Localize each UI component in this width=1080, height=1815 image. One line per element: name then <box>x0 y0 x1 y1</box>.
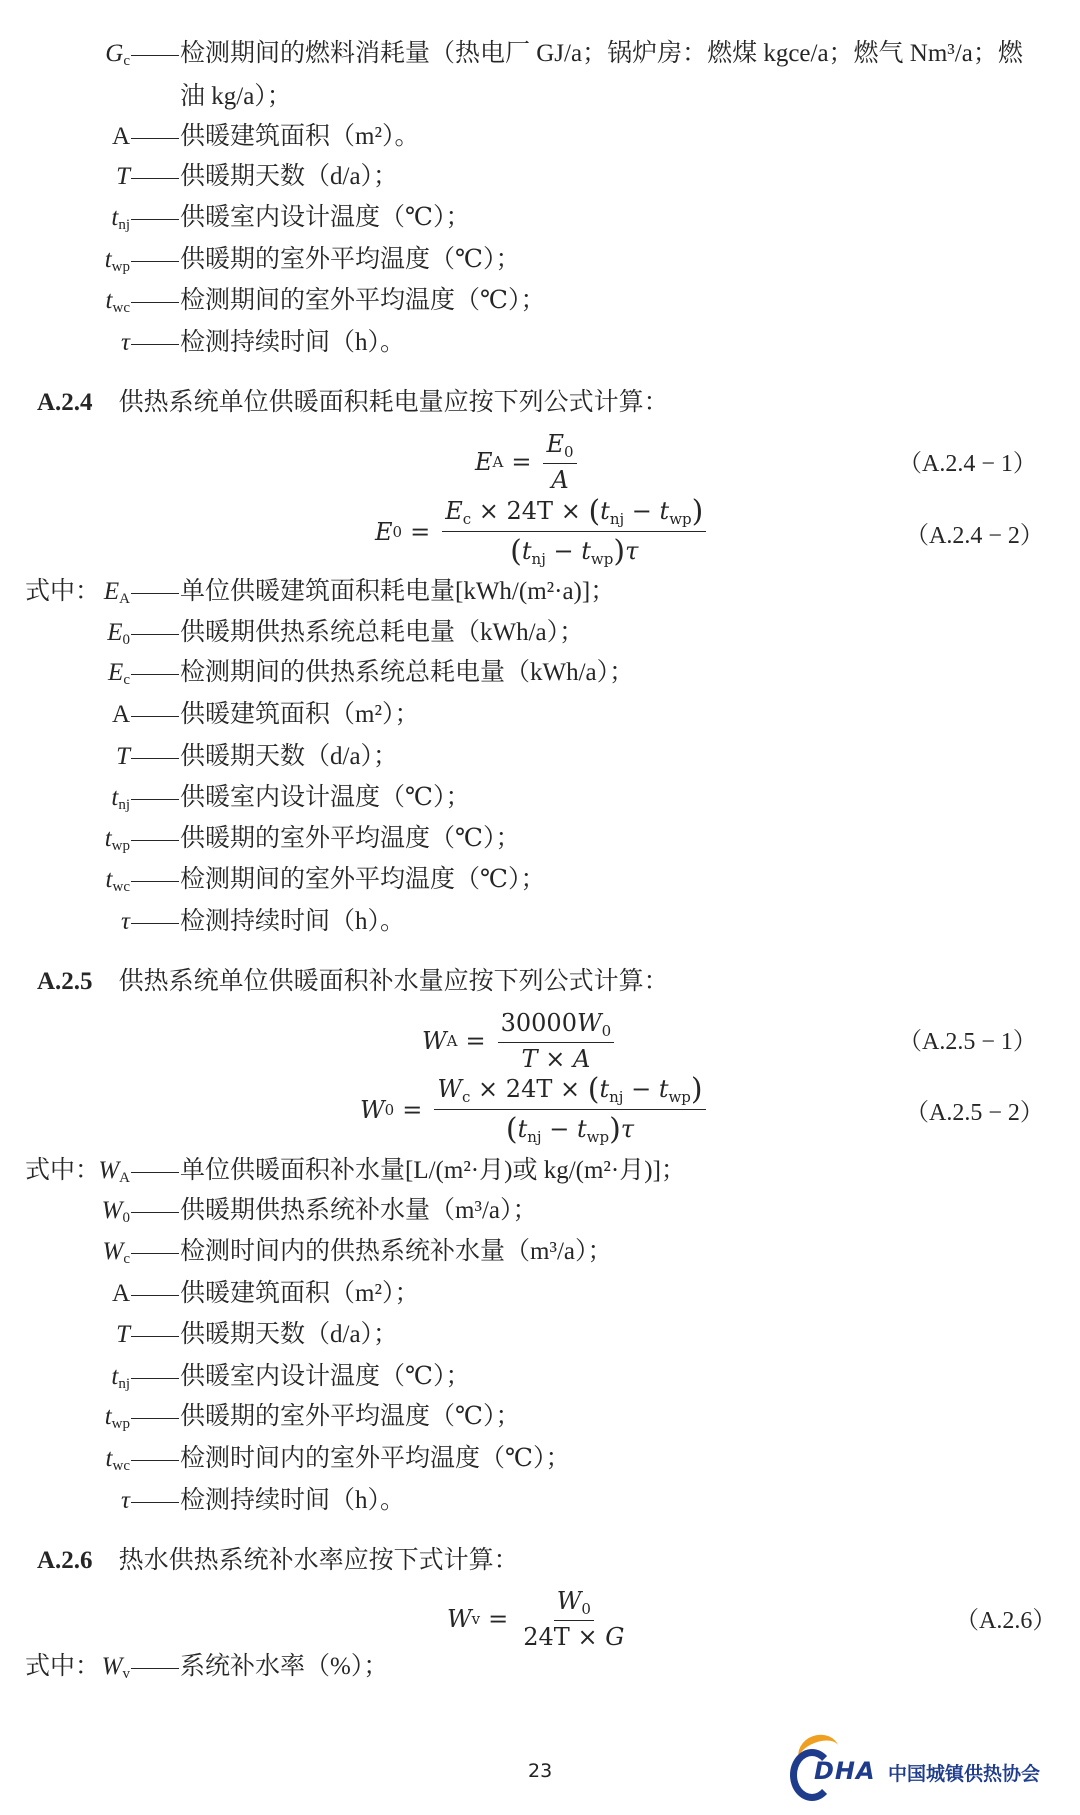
em-dash <box>131 1418 179 1419</box>
eq-symbol: E <box>546 430 564 458</box>
definition-text: 供暖期的室外平均温度（℃）； <box>180 821 520 857</box>
definition-text: 供暖期天数（d/a）； <box>180 1317 398 1353</box>
em-dash <box>131 1253 179 1254</box>
eq-term: 24T <box>506 1075 553 1103</box>
eq-subscript: nj <box>527 1128 541 1146</box>
where-prefix: 式中： <box>25 574 100 610</box>
definition-text: 检测期间的供热系统总耗电量（kWh/a）； <box>180 655 634 691</box>
eq-operator: × <box>577 1623 597 1651</box>
eq-symbol: t <box>522 537 532 565</box>
definition-twc: twc 检测期间的室外平均温度（℃）； <box>0 283 1080 319</box>
definition-row: tnj 供暖室内设计温度（℃）； <box>0 780 1080 816</box>
eq-symbol: A <box>573 1045 590 1073</box>
definition-text: 单位供暖建筑面积耗电量[kWh/(m²·a)]； <box>180 574 615 610</box>
definition-twp: twp 供暖期的室外平均温度（℃）； <box>0 242 1080 278</box>
logo-mark: DHA <box>814 1757 876 1785</box>
equation-label: （A.2.4 − 2） <box>905 515 1044 550</box>
definition-row: Ec 检测期间的供热系统总耗电量（kWh/a）； <box>0 655 1080 691</box>
eq-operator: × <box>561 497 581 525</box>
definition-text: 供暖期天数（d/a）； <box>180 159 398 195</box>
definition-row: tnj 供暖室内设计温度（℃）； <box>0 1359 1080 1395</box>
eq-operator: × <box>545 1045 565 1073</box>
symbol-subscript: wp <box>112 838 130 854</box>
definition-text-continued: 油 kg/a）； <box>180 79 292 115</box>
section-title: 供热系统单位供暖面积补水量应按下列公式计算： <box>119 968 669 995</box>
eq-symbol: W <box>577 1009 602 1037</box>
definition-gc-continued: 油 kg/a）； <box>0 79 1080 115</box>
equation-label: （A.2.5 − 1） <box>898 1021 1037 1056</box>
page-number: 23 <box>528 1760 552 1782</box>
em-dash <box>131 1502 179 1503</box>
symbol-subscript: nj <box>118 797 130 813</box>
symbol: t <box>105 246 112 273</box>
eq-symbol: W <box>557 1587 582 1615</box>
em-dash <box>131 344 179 345</box>
definition-text: 供暖建筑面积（m²）； <box>180 697 419 733</box>
eq-symbol: T <box>522 1045 538 1073</box>
fraction: 30000W0 T × A <box>498 1009 615 1073</box>
symbol: τ <box>121 329 130 356</box>
symbol-subscript: A <box>119 1170 130 1186</box>
symbol-subscript: c <box>123 53 130 69</box>
em-dash <box>131 881 179 882</box>
em-dash <box>131 593 179 594</box>
definition-text: 检测时间内的供热系统补水量（m³/a）； <box>180 1234 612 1270</box>
eq-subscript: c <box>463 510 471 528</box>
symbol-subscript: wc <box>113 1458 131 1474</box>
eq-operator: × <box>560 1075 580 1103</box>
fraction: Ec × 24T × (tnj − twp) (tnj − twp)τ <box>442 494 706 569</box>
eq-paren: ) <box>613 534 625 569</box>
definition-text: 检测持续时间（h）。 <box>180 1483 405 1519</box>
eq-symbol: τ <box>625 537 638 565</box>
em-dash <box>131 55 179 56</box>
symbol: T <box>116 743 130 770</box>
symbol: τ <box>121 1487 130 1514</box>
em-dash <box>131 634 179 635</box>
eq-symbol: E <box>375 518 393 546</box>
symbol: t <box>105 1403 112 1430</box>
eq-subscript: wp <box>587 1128 609 1146</box>
definition-text: 供暖建筑面积（m²）。 <box>180 119 419 155</box>
definition-row: Wc 检测时间内的供热系统补水量（m³/a）； <box>0 1234 1080 1270</box>
eq-operator: − <box>554 537 574 565</box>
symbol-subscript: c <box>123 1251 130 1267</box>
eq-term: 24T <box>523 1623 570 1651</box>
symbol: W <box>98 1157 119 1184</box>
symbol: W <box>102 1653 123 1680</box>
eq-subscript: 0 <box>581 1600 591 1618</box>
eq-paren: ( <box>506 1112 518 1147</box>
eq-subscript: 0 <box>602 1022 612 1040</box>
definition-row: twp 供暖期的室外平均温度（℃）； <box>0 1399 1080 1435</box>
eq-paren: ) <box>691 1072 703 1107</box>
eq-equals: = <box>402 1096 422 1124</box>
eq-symbol: E <box>475 448 493 476</box>
equation-a-2-5-1: WA = 30000W0 T × A <box>422 1009 618 1073</box>
eq-equals: = <box>511 448 531 476</box>
fraction: Wc × 24T × (tnj − twp) (tnj − twp)τ <box>434 1072 705 1147</box>
section-title: 热水供热系统补水率应按下式计算： <box>119 1547 519 1574</box>
eq-paren: ( <box>588 494 600 529</box>
symbol: E <box>104 578 119 605</box>
section-number: A.2.4 <box>37 389 93 416</box>
definition-text: 检测期间的室外平均温度（℃）； <box>180 862 545 898</box>
definition-text: 单位供暖面积补水量[L/(m²·月)或 kg/(m²·月)]； <box>180 1153 686 1189</box>
definition-row: twc 检测期间的室外平均温度（℃）； <box>0 862 1080 898</box>
em-dash <box>131 1460 179 1461</box>
definition-text: 检测期间的燃料消耗量（热电厂 GJ/a；锅炉房：燃煤 kgce/a；燃气 Nm³… <box>180 36 1023 72</box>
symbol-subscript: A <box>119 591 130 607</box>
definition-text: 检测时间内的室外平均温度（℃）； <box>180 1441 570 1477</box>
em-dash <box>131 716 179 717</box>
definition-row: A 供暖建筑面积（m²）； <box>0 697 1080 733</box>
symbol-subscript: v <box>123 1666 131 1682</box>
equation-a-2-4-2: E0 = Ec × 24T × (tnj − twp) (tnj − twp)τ <box>375 494 710 569</box>
eq-operator: × <box>478 1075 498 1103</box>
fraction: E0 A <box>543 430 576 494</box>
eq-symbol: t <box>660 497 670 525</box>
equation-a-2-5-2: W0 = Wc × 24T × (tnj − twp) (tnj − twp)τ <box>360 1072 710 1147</box>
eq-operator: × <box>479 497 499 525</box>
eq-symbol: t <box>600 497 610 525</box>
definition-text: 供暖期的室外平均温度（℃）； <box>180 242 520 278</box>
eq-paren: ) <box>692 494 704 529</box>
symbol: A <box>112 1280 130 1307</box>
eq-symbol: t <box>518 1115 528 1143</box>
em-dash <box>131 261 179 262</box>
section-heading-a-2-5: A.2.5供热系统单位供暖面积补水量应按下列公式计算： <box>37 964 669 1000</box>
definition-row: τ 检测持续时间（h）。 <box>0 1483 1080 1519</box>
eq-subscript: v <box>472 1610 480 1628</box>
definition-a: A 供暖建筑面积（m²）。 <box>0 119 1080 155</box>
symbol: E <box>107 619 122 646</box>
em-dash <box>131 799 179 800</box>
em-dash <box>131 840 179 841</box>
definition-row: A 供暖建筑面积（m²）； <box>0 1276 1080 1312</box>
equation-a-2-6: Wv = W0 24T × G <box>447 1587 631 1651</box>
definition-text: 供暖期天数（d/a）； <box>180 739 398 775</box>
eq-equals: = <box>410 518 430 546</box>
section-number: A.2.5 <box>37 968 93 995</box>
definition-row: 式中： EA 单位供暖建筑面积耗电量[kWh/(m²·a)]； <box>0 574 1080 610</box>
eq-symbol: W <box>437 1075 462 1103</box>
definition-text: 供暖期供热系统补水量（m³/a）； <box>180 1193 537 1229</box>
definition-text: 系统补水率（%）； <box>180 1649 388 1685</box>
eq-symbol: E <box>445 497 463 525</box>
symbol-subscript: c <box>123 672 130 688</box>
em-dash <box>131 1212 179 1213</box>
symbol: T <box>116 1321 130 1348</box>
definition-text: 检测持续时间（h）。 <box>180 904 405 940</box>
em-dash <box>131 923 179 924</box>
em-dash <box>131 1378 179 1379</box>
definition-text: 供暖室内设计温度（℃）； <box>180 1359 470 1395</box>
definition-text: 检测持续时间（h）。 <box>180 325 405 361</box>
section-title: 供热系统单位供暖面积耗电量应按下列公式计算： <box>119 389 669 416</box>
symbol: W <box>102 1197 123 1224</box>
definition-text: 供暖期的室外平均温度（℃）； <box>180 1399 520 1435</box>
eq-term: 30000 <box>501 1009 577 1037</box>
equation-label: （A.2.5 − 2） <box>905 1092 1044 1127</box>
symbol-subscript: wc <box>113 300 131 316</box>
em-dash <box>131 138 179 139</box>
eq-subscript: wp <box>669 510 691 528</box>
em-dash <box>131 178 179 179</box>
definition-row: W0 供暖期供热系统补水量（m³/a）； <box>0 1193 1080 1229</box>
equation-label: （A.2.4 − 1） <box>898 443 1037 478</box>
eq-symbol: W <box>360 1096 385 1124</box>
eq-operator: − <box>632 497 652 525</box>
em-dash <box>131 1336 179 1337</box>
eq-symbol: t <box>577 1115 587 1143</box>
em-dash <box>131 1172 179 1173</box>
definition-gc: Gc 检测期间的燃料消耗量（热电厂 GJ/a；锅炉房：燃煤 kgce/a；燃气 … <box>0 36 1080 72</box>
symbol-subscript: wp <box>112 1416 130 1432</box>
symbol: T <box>116 163 130 190</box>
section-heading-a-2-4: A.2.4供热系统单位供暖面积耗电量应按下列公式计算： <box>37 385 669 421</box>
eq-symbol: A <box>551 466 568 494</box>
symbol-subscript: wc <box>113 879 131 895</box>
em-dash <box>131 1668 179 1669</box>
definition-row: 式中： Wv 系统补水率（%）； <box>0 1649 1080 1685</box>
symbol-subscript: nj <box>118 217 130 233</box>
eq-symbol: t <box>599 1075 609 1103</box>
definition-row: T 供暖期天数（d/a）； <box>0 1317 1080 1353</box>
eq-equals: = <box>488 1605 508 1633</box>
logo-org-name: 中国城镇供热协会 <box>888 1759 1040 1786</box>
symbol: W <box>103 1238 124 1265</box>
eq-subscript: nj <box>532 550 546 568</box>
symbol: G <box>105 40 123 67</box>
eq-subscript: 0 <box>385 1101 395 1119</box>
definition-row: T 供暖期天数（d/a）； <box>0 739 1080 775</box>
definition-row: 式中： WA 单位供暖面积补水量[L/(m²·月)或 kg/(m²·月)]； <box>0 1153 1080 1189</box>
definition-row: E0 供暖期供热系统总耗电量（kWh/a）； <box>0 615 1080 651</box>
definition-row: τ 检测持续时间（h）。 <box>0 904 1080 940</box>
em-dash <box>131 1295 179 1296</box>
equation-a-2-4-1: EA = E0 A <box>475 430 581 494</box>
eq-symbol: t <box>581 537 591 565</box>
section-heading-a-2-6: A.2.6热水供热系统补水率应按下式计算： <box>37 1543 519 1579</box>
symbol: t <box>106 1445 113 1472</box>
eq-subscript: A <box>493 453 504 471</box>
definition-text: 供暖建筑面积（m²）； <box>180 1276 419 1312</box>
eq-paren: ( <box>588 1072 600 1107</box>
em-dash <box>131 674 179 675</box>
definition-text: 检测期间的室外平均温度（℃）； <box>180 283 545 319</box>
eq-subscript: nj <box>610 510 624 528</box>
em-dash <box>131 219 179 220</box>
symbol-subscript: 0 <box>123 1210 131 1226</box>
symbol: t <box>105 825 112 852</box>
symbol-subscript: nj <box>118 1376 130 1392</box>
definition-text: 供暖室内设计温度（℃）； <box>180 780 470 816</box>
eq-subscript: 0 <box>393 523 403 541</box>
eq-subscript: A <box>447 1032 458 1050</box>
eq-symbol: G <box>605 1623 624 1651</box>
where-prefix: 式中： <box>25 1649 100 1685</box>
definition-tnj: tnj 供暖室内设计温度（℃）； <box>0 200 1080 236</box>
symbol: A <box>112 123 130 150</box>
section-number: A.2.6 <box>37 1547 93 1574</box>
symbol-subscript: 0 <box>123 632 131 648</box>
eq-operator: − <box>549 1115 569 1143</box>
eq-symbol: W <box>447 1605 472 1633</box>
em-dash <box>131 302 179 303</box>
symbol: τ <box>121 908 130 935</box>
eq-paren: ( <box>510 534 522 569</box>
definition-t: T 供暖期天数（d/a）； <box>0 159 1080 195</box>
where-prefix: 式中： <box>25 1153 100 1189</box>
eq-paren: ) <box>609 1112 621 1147</box>
symbol-subscript: wp <box>112 259 130 275</box>
symbol: E <box>108 659 123 686</box>
fraction: W0 24T × G <box>520 1587 627 1651</box>
eq-subscript: wp <box>591 550 613 568</box>
organization-logo: DHA 中国城镇供热协会 <box>790 1735 1060 1795</box>
definition-text: 供暖室内设计温度（℃）； <box>180 200 470 236</box>
symbol: t <box>106 866 113 893</box>
definition-row: twc 检测时间内的室外平均温度（℃）； <box>0 1441 1080 1477</box>
eq-symbol: τ <box>621 1115 634 1143</box>
equation-label: （A.2.6） <box>955 1600 1056 1635</box>
eq-term: 24T <box>507 497 554 525</box>
definition-text: 供暖期供热系统总耗电量（kWh/a）； <box>180 615 584 651</box>
symbol: A <box>112 701 130 728</box>
definition-tau: τ 检测持续时间（h）。 <box>0 325 1080 361</box>
eq-subscript: c <box>462 1088 470 1106</box>
eq-operator: − <box>631 1075 651 1103</box>
em-dash <box>131 758 179 759</box>
eq-subscript: 0 <box>564 443 574 461</box>
eq-subscript: wp <box>668 1088 690 1106</box>
eq-equals: = <box>466 1027 486 1055</box>
eq-subscript: nj <box>609 1088 623 1106</box>
symbol: t <box>106 287 113 314</box>
definition-row: twp 供暖期的室外平均温度（℃）； <box>0 821 1080 857</box>
eq-symbol: W <box>422 1027 447 1055</box>
